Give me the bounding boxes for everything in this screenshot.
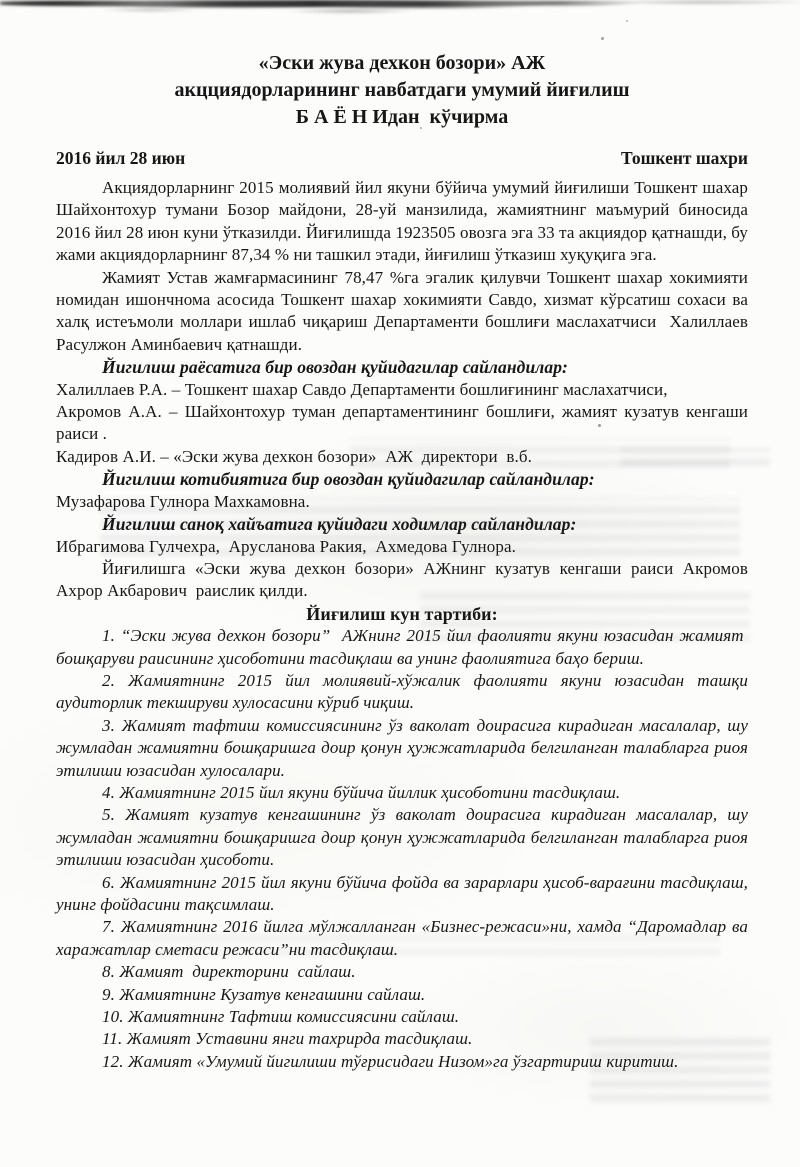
section-heading-counting-board: Йигилиш саноқ хайъатига қуйидаги ходимла…	[56, 513, 748, 535]
counting-board-members: Ибрагимова Гулчехра, Арусланова Ракия, А…	[56, 536, 748, 558]
presidium-member: Кадиров А.И. – «Эски жува дехкон бозори»…	[56, 446, 748, 468]
agenda-item: 12. Жамият «Умумий йигилиши тўғрисидаги …	[56, 1051, 748, 1073]
meeting-city: Тошкент шахри	[621, 147, 748, 169]
agenda-item: 6. Жамиятнинг 2015 йил якуни бўйича фойд…	[56, 872, 748, 917]
agenda-item: 5. Жамият кузатув кенгашининг ўз ваколат…	[56, 804, 748, 871]
scanned-document-page: «Эски жува дехкон бозори» АЖ акцциядорла…	[0, 0, 800, 1167]
agenda-item: 8. Жамият директорини сайлаш.	[56, 961, 748, 983]
body-text: Акциядорларнинг 2015 молиявий йил якуни …	[56, 177, 748, 1073]
title-line-company: «Эски жува дехкон бозори» АЖ	[56, 50, 748, 77]
doc-title: «Эски жува дехкон бозори» АЖ акцциядорла…	[56, 50, 748, 131]
secretary-name: Музафарова Гулнора Махкамовна.	[56, 491, 748, 513]
title-line-excerpt: Б А Ё Н Идан кўчирма	[56, 104, 748, 131]
title-line-meeting: акцциядорларининг навбатдаги умумий йиғи…	[56, 77, 748, 104]
agenda-item: 1. “Эски жува дехкон бозори” АЖнинг 2015…	[56, 625, 748, 670]
agenda-item: 10. Жамиятнинг Тафтиш комиссиясини сайла…	[56, 1006, 748, 1028]
section-heading-secretariat: Йигилиш котибиятига бир овоздан қуйидаги…	[56, 468, 748, 490]
agenda-item: 2. Жамиятнинг 2015 йил молиявий-хўжалик …	[56, 670, 748, 715]
agenda-item: 4. Жамиятнинг 2015 йил якуни бўйича йилл…	[56, 782, 748, 804]
agenda-item: 7. Жамиятнинг 2016 йилга мўлжалланган «Б…	[56, 916, 748, 961]
agenda-title: Йиғилиш кун тартиби:	[56, 603, 748, 625]
paragraph-state-representative: Жамият Устав жамғармасининг 78,47 %га эг…	[56, 267, 748, 357]
presidium-member: Акромов А.А. – Шайхонтохур туман департа…	[56, 401, 748, 446]
paragraph-meeting-intro: Акциядорларнинг 2015 молиявий йил якуни …	[56, 177, 748, 267]
presidium-member: Халиллаев Р.А. – Тошкент шахар Савдо Деп…	[56, 379, 748, 401]
agenda-item: 9. Жамиятнинг Кузатув кенгашини сайлаш.	[56, 984, 748, 1006]
meeting-date: 2016 йил 28 июн	[56, 147, 185, 169]
agenda-item: 3. Жамият тафтиш комиссиясининг ўз вакол…	[56, 715, 748, 782]
date-line: 2016 йил 28 июн Тошкент шахри	[56, 147, 748, 169]
paragraph-chairman: Йиғилишга «Эски жува дехкон бозори» АЖни…	[56, 558, 748, 603]
document-content: «Эски жува дехкон бозори» АЖ акцциядорла…	[56, 0, 748, 1073]
agenda-list: 1. “Эски жува дехкон бозори” АЖнинг 2015…	[56, 625, 748, 1073]
agenda-item: 11. Жамият Уставини янги тахрирда тасдиқ…	[56, 1028, 748, 1050]
section-heading-presidium: Йигилиш раёсатига бир овоздан қуйидагила…	[56, 356, 748, 378]
